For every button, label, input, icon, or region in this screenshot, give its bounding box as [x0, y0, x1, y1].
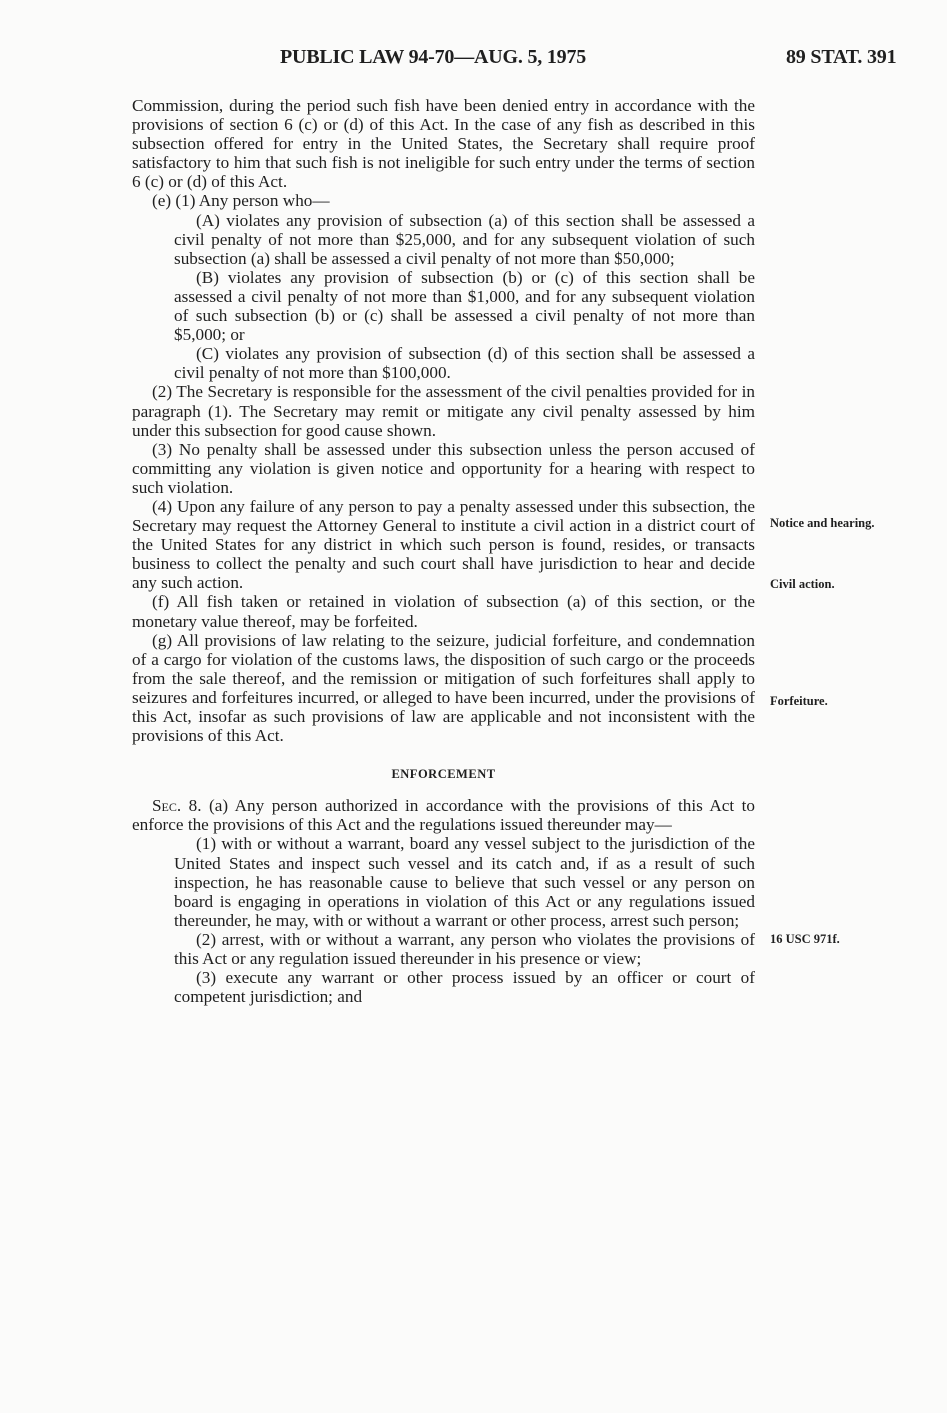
subsection-f: (f) All fish taken or retained in violat…	[132, 592, 755, 630]
margin-note-notice-hearing: Notice and hearing.	[770, 516, 880, 531]
section-8-item-1: (1) with or without a warrant, board any…	[132, 834, 755, 929]
section-label: Sec. 8.	[152, 796, 202, 815]
section-heading-enforcement: ENFORCEMENT	[132, 765, 755, 784]
section-8-a: Sec. 8. (a) Any person authorized in acc…	[132, 796, 755, 834]
statute-page-number: 89 STAT. 391	[786, 46, 896, 69]
margin-note-civil-action: Civil action.	[770, 577, 880, 592]
subsection-e1-a: (A) violates any provision of subsection…	[132, 211, 755, 268]
subsection-e1: (e) (1) Any person who—	[132, 191, 755, 210]
margin-note-usc-citation: 16 USC 971f.	[770, 932, 880, 947]
section-8-a-text: (a) Any person authorized in accordance …	[132, 796, 755, 834]
subsection-e2: (2) The Secretary is responsible for the…	[132, 382, 755, 439]
subsection-e3: (3) No penalty shall be assessed under t…	[132, 440, 755, 497]
page-header: PUBLIC LAW 94-70—AUG. 5, 1975 89 STAT. 3…	[0, 46, 947, 76]
section-8-item-3: (3) execute any warrant or other process…	[132, 968, 755, 1006]
subsection-e4: (4) Upon any failure of any person to pa…	[132, 497, 755, 592]
document-body: Commission, during the period such fish …	[132, 96, 755, 1006]
margin-note-forfeiture: Forfeiture.	[770, 694, 880, 709]
paragraph-intro: Commission, during the period such fish …	[132, 96, 755, 191]
page-title: PUBLIC LAW 94-70—AUG. 5, 1975	[280, 46, 586, 69]
section-8-item-2: (2) arrest, with or without a warrant, a…	[132, 930, 755, 968]
subsection-e1-c: (C) violates any provision of subsection…	[132, 344, 755, 382]
subsection-g: (g) All provisions of law relating to th…	[132, 631, 755, 746]
subsection-e1-b: (B) violates any provision of subsection…	[132, 268, 755, 344]
